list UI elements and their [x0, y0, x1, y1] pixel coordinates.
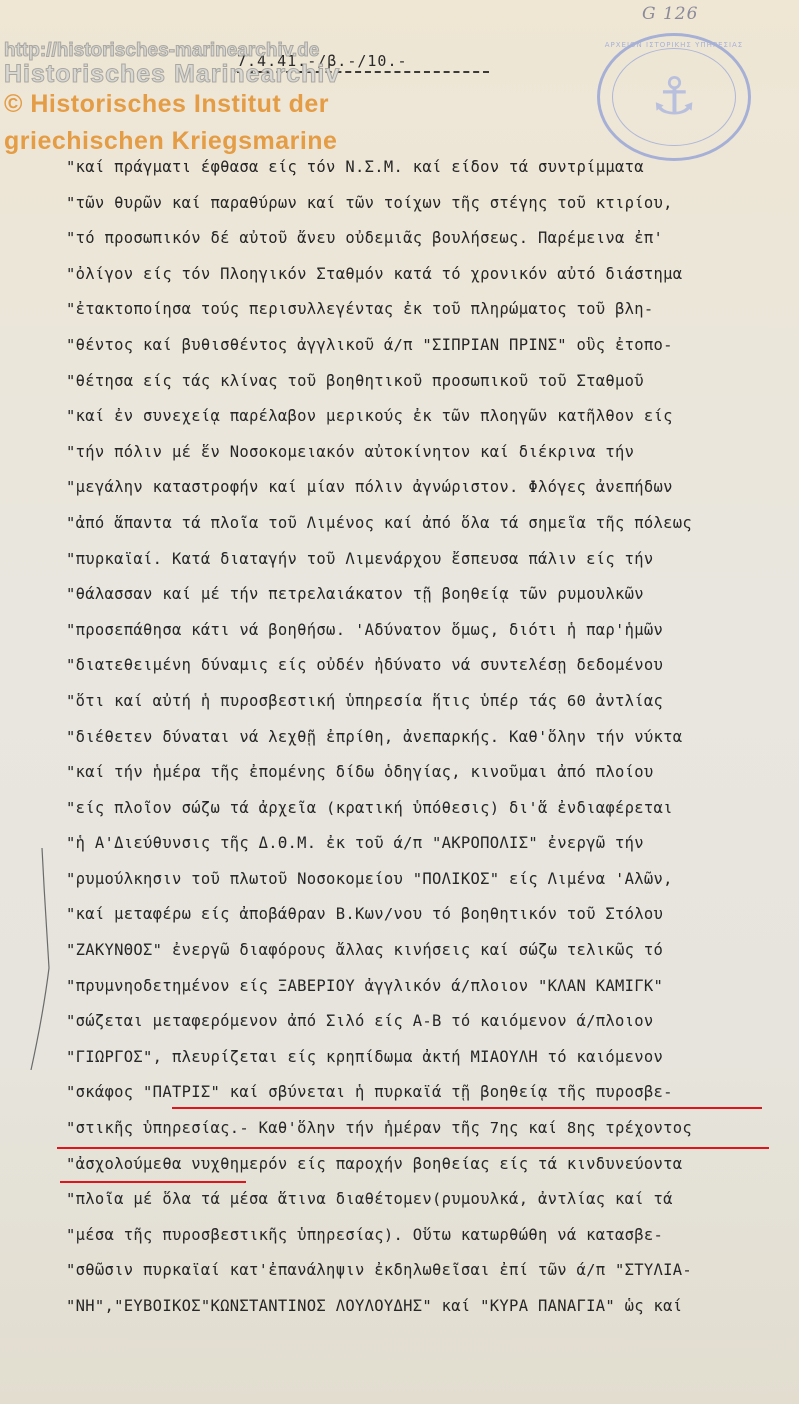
text-line: "καί μεταφέρω είς ἀποβάθραν Β.Κων/νου τό…	[66, 897, 786, 933]
text-line: "πλοῖα μέ ὅλα τά μέσα ἅτινα διαθέτομεν(ρ…	[66, 1182, 786, 1218]
text-line: "διέθετεν δύναται νά λεχθῇ ἐπρίθη, ἀνεπα…	[66, 720, 786, 756]
text-line: "ἀσχολούμεθα νυχθημερόν είς παροχήν βοηθ…	[66, 1147, 786, 1183]
text-line: "σώζεται μεταφερόμενον ἀπό Σιλό είς Α-Β …	[66, 1004, 786, 1040]
text-line: "ὀλίγον είς τόν Πλοηγικόν Σταθμόν κατά τ…	[66, 257, 786, 293]
text-line: "διατεθειμένη δύναμις είς οὐδέν ἠδύνατο …	[66, 648, 786, 684]
text-line: "ὅτι καί αὐτή ἡ πυροσβεστική ὑπηρεσία ἥτ…	[66, 684, 786, 720]
text-line: "καί ἐν συνεχείᾳ παρέλαβον μερικούς ἐκ τ…	[66, 399, 786, 435]
page-number: G 126	[642, 4, 698, 24]
archive-stamp: ΑΡΧΕΙΟΝ ΙΣΤΟΡΙΚΗΣ ΥΠΗΡΕΣΙΑΣ ⚓	[597, 33, 751, 161]
text-line: "θάλασσαν καί μέ τήν πετρελαιάκατον τῇ β…	[66, 577, 786, 613]
red-underline	[60, 1181, 246, 1183]
watermark-url: http://historisches-marinearchiv.de	[4, 40, 319, 62]
text-line: "θέτησα είς τάς κλίνας τοῦ βοηθητικοῦ πρ…	[66, 364, 786, 400]
text-line: "ΝΗ","ΕΥΒΟΙΚΟΣ"ΚΩΝΣΤΑΝΤΙΝΟΣ ΛΟΥΛΟΥΔΗΣ" κ…	[66, 1289, 786, 1325]
text-line: "ἀπό ἅπαντα τά πλοῖα τοῦ Λιμένος καί ἀπό…	[66, 506, 786, 542]
text-line: "σκάφος "ΠΑΤΡΙΣ" καί σβύνεται ἡ πυρκαϊά …	[66, 1075, 786, 1111]
watermark-archive: Historisches Marinearchiv	[4, 60, 340, 89]
text-line: "ἐτακτοποίησα τούς περισυλλεγέντας ἐκ το…	[66, 292, 786, 328]
red-underline	[172, 1107, 762, 1109]
text-line: "σθῶσιν πυρκαϊαί κατ'ἐπανάληψιν ἐκδηλωθε…	[66, 1253, 786, 1289]
anchor-crown-icon: ⚓	[651, 67, 698, 127]
document-page: G 126 ΑΡΧΕΙΟΝ ΙΣΤΟΡΙΚΗΣ ΥΠΗΡΕΣΙΑΣ ⚓ 7.4.…	[0, 0, 799, 1404]
text-line: "καί τήν ἡμέρα τῆς ἐπομένης δίδω ὁδηγίας…	[66, 755, 786, 791]
text-line: "τήν πόλιν μέ ἕν Νοσοκομειακόν αὐτοκίνητ…	[66, 435, 786, 471]
text-line: "τό προσωπικόν δέ αὐτοῦ ἄνευ οὐδεμιᾶς βο…	[66, 221, 786, 257]
text-line: "μεγάλην καταστροφήν καί μίαν πόλιν ἀγνώ…	[66, 470, 786, 506]
watermark-institute: © Historisches Institut der	[4, 90, 329, 119]
text-line: "προσεπάθησα κάτι νά βοηθήσω. 'Αδύνατον …	[66, 613, 786, 649]
text-line: "πυρκαϊαί. Κατά διαταγήν τοῦ Λιμενάρχου …	[66, 542, 786, 578]
red-underline	[57, 1147, 769, 1149]
text-line: "τῶν θυρῶν καί παραθύρων καί τῶν τοίχων …	[66, 186, 786, 222]
text-line: "ρυμούλκησιν τοῦ πλωτοῦ Νοσοκομείου "ΠΟΛ…	[66, 862, 786, 898]
text-line: "ἡ Α'Διεύθυνσις τῆς Δ.Θ.Μ. ἐκ τοῦ ά/π "Α…	[66, 826, 786, 862]
text-line: "θέντος καί βυθισθέντος ἀγγλικοῦ ά/π "ΣΙ…	[66, 328, 786, 364]
text-line: "ΓΙΩΡΓΟΣ", πλευρίζεται είς κρηπίδωμα ἀκτ…	[66, 1040, 786, 1076]
text-line: "είς πλοῖον σώζω τά ἀρχεῖα (κρατική ὑπόθ…	[66, 791, 786, 827]
text-line: "ΖΑΚΥΝΘΟΣ" ἐνεργῶ διαφόρους ἄλλας κινήσε…	[66, 933, 786, 969]
text-line: "στικῆς ὑπηρεσίας.- Καθ'ὅλην τήν ἡμέραν …	[66, 1111, 786, 1147]
text-line: "καί πράγματι έφθασα είς τόν Ν.Σ.Μ. καί …	[66, 150, 786, 186]
text-line: "πρυμνηοδετημένον είς ΞΑΒΕΡΙΟΥ ἀγγλικόν …	[66, 969, 786, 1005]
text-line: "μέσα τῆς πυροσβεστικῆς ὑπηρεσίας). Οὕτω…	[66, 1218, 786, 1254]
margin-pencil-line	[30, 848, 54, 1070]
